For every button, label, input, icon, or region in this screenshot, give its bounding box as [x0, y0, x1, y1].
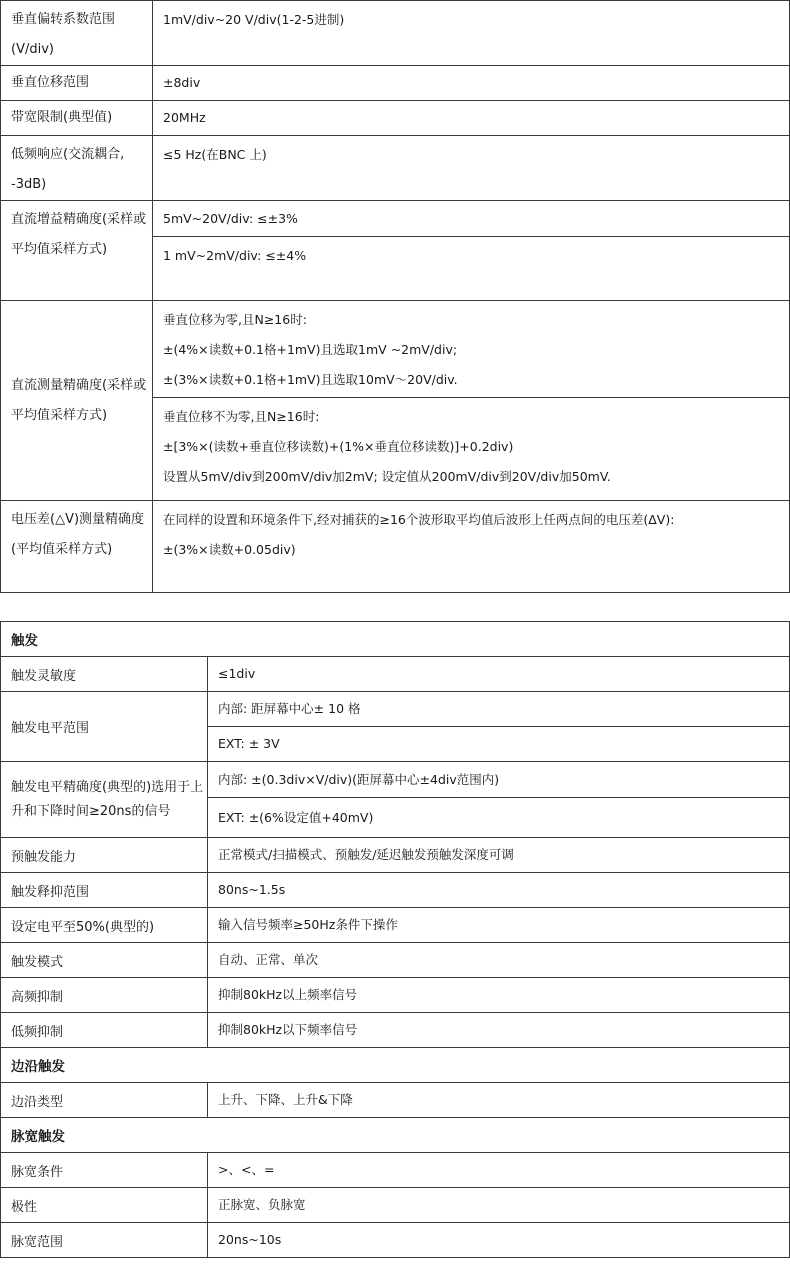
spec-value: 正常模式/扫描模式、预触发/延迟触发预触发深度可调 [208, 838, 790, 873]
spec-value: 自动、正常、单次 [208, 943, 790, 978]
spec-label: 触发电平范围 [1, 692, 208, 762]
spec-label: 脉宽条件 [1, 1153, 208, 1188]
spec-label: 直流测量精确度(采样或平均值采样方式) [1, 301, 153, 501]
spec-label: 设定电平至50%(典型的) [1, 908, 208, 943]
spec-label: 脉宽范围 [1, 1223, 208, 1258]
spec-line: 在同样的设置和环境条件下,经对捕获的≥16个波形取平均值后波形上任两点间的电压差… [163, 505, 789, 535]
table-row: 直流测量精确度(采样或平均值采样方式) 垂直位移为零,且N≥16时: ±(4%×… [1, 301, 790, 398]
table-row: 触发电平精确度(典型的)选用于上升和下降时间≥20ns的信号 内部: ±(0.3… [1, 762, 790, 798]
vertical-spec-table: 垂直偏转系数范围(V/div) 1mV/div~20 V/div(1-2-5进制… [0, 0, 790, 593]
spec-value-block: 垂直位移不为零,且N≥16时: ±[3%×(读数+垂直位移读数)+(1%×垂直位… [153, 398, 790, 501]
spec-value: 1 mV~2mV/div: ≤±4% [153, 237, 790, 301]
spec-line: 垂直位移不为零,且N≥16时: [163, 402, 789, 432]
section-header-row: 边沿触发 [1, 1048, 790, 1083]
spec-value: >、<、= [208, 1153, 790, 1188]
spec-value: 1mV/div~20 V/div(1-2-5进制) [153, 1, 790, 66]
spec-label: 高频抑制 [1, 978, 208, 1013]
spec-value: 上升、下降、上升&下降 [208, 1083, 790, 1118]
table-row: 触发电平范围 内部: 距屏幕中心± 10 格 [1, 692, 790, 727]
table-row: 高频抑制 抑制80kHz以上频率信号 [1, 978, 790, 1013]
spec-value: EXT: ±(6%设定值+40mV) [208, 798, 790, 838]
spec-line: 垂直位移为零,且N≥16时: [163, 305, 789, 335]
table-row: 边沿类型 上升、下降、上升&下降 [1, 1083, 790, 1118]
spec-value: ≤1div [208, 657, 790, 692]
spec-label: 触发模式 [1, 943, 208, 978]
spec-value: EXT: ± 3V [208, 727, 790, 762]
spec-value-block: 在同样的设置和环境条件下,经对捕获的≥16个波形取平均值后波形上任两点间的电压差… [153, 501, 790, 593]
spec-value: 80ns~1.5s [208, 873, 790, 908]
table-row: 极性 正脉宽、负脉宽 [1, 1188, 790, 1223]
table-row: 预触发能力 正常模式/扫描模式、预触发/延迟触发预触发深度可调 [1, 838, 790, 873]
section-title-edge-trigger: 边沿触发 [1, 1048, 790, 1083]
section-title-trigger: 触发 [1, 622, 790, 657]
spec-value: 20ns~10s [208, 1223, 790, 1258]
spec-value: 抑制80kHz以下频率信号 [208, 1013, 790, 1048]
section-title-pulse-trigger: 脉宽触发 [1, 1118, 790, 1153]
table-row: 脉宽条件 >、<、= [1, 1153, 790, 1188]
spec-value: ±8div [153, 66, 790, 101]
spec-label: 垂直偏转系数范围(V/div) [1, 1, 153, 66]
trigger-spec-table: 触发 触发灵敏度 ≤1div 触发电平范围 内部: 距屏幕中心± 10 格 EX… [0, 621, 790, 1258]
spec-label: 预触发能力 [1, 838, 208, 873]
spec-label: 直流增益精确度(采样或平均值采样方式) [1, 201, 153, 301]
spec-value: 正脉宽、负脉宽 [208, 1188, 790, 1223]
table-row: 低频响应(交流耦合, -3dB) ≤5 Hz(在BNC 上) [1, 136, 790, 201]
spec-label: 极性 [1, 1188, 208, 1223]
spec-label: 低频抑制 [1, 1013, 208, 1048]
spec-value: 内部: 距屏幕中心± 10 格 [208, 692, 790, 727]
spec-label: 带宽限制(典型值) [1, 101, 153, 136]
spec-label: 电压差(△V)测量精确度(平均值采样方式) [1, 501, 153, 593]
table-row: 脉宽范围 20ns~10s [1, 1223, 790, 1258]
section-header-row: 脉宽触发 [1, 1118, 790, 1153]
spec-value: 5mV~20V/div: ≤±3% [153, 201, 790, 237]
table-row: 设定电平至50%(典型的) 输入信号频率≥50Hz条件下操作 [1, 908, 790, 943]
table-row: 低频抑制 抑制80kHz以下频率信号 [1, 1013, 790, 1048]
table-row: 直流增益精确度(采样或平均值采样方式) 5mV~20V/div: ≤±3% [1, 201, 790, 237]
spec-label: 触发电平精确度(典型的)选用于上升和下降时间≥20ns的信号 [1, 762, 208, 838]
table-row: 电压差(△V)测量精确度(平均值采样方式) 在同样的设置和环境条件下,经对捕获的… [1, 501, 790, 593]
spec-line: ±[3%×(读数+垂直位移读数)+(1%×垂直位移读数)]+0.2div) [163, 432, 789, 462]
spec-line: ±(4%×读数+0.1格+1mV)且选取1mV ~2mV/div; [163, 335, 789, 365]
spec-value-block: 垂直位移为零,且N≥16时: ±(4%×读数+0.1格+1mV)且选取1mV ~… [153, 301, 790, 398]
spec-label: 触发释抑范围 [1, 873, 208, 908]
spec-value: 输入信号频率≥50Hz条件下操作 [208, 908, 790, 943]
spec-line: ±(3%×读数+0.1格+1mV)且选取10mV～20V/div. [163, 365, 789, 395]
spec-line: ±(3%×读数+0.05div) [163, 535, 789, 565]
spec-value: 抑制80kHz以上频率信号 [208, 978, 790, 1013]
section-header-row: 触发 [1, 622, 790, 657]
table-row: 带宽限制(典型值) 20MHz [1, 101, 790, 136]
spec-label: 低频响应(交流耦合, -3dB) [1, 136, 153, 201]
spec-value: ≤5 Hz(在BNC 上) [153, 136, 790, 201]
spec-label: 边沿类型 [1, 1083, 208, 1118]
spec-line: 设置从5mV/div到200mV/div加2mV; 设定值从200mV/div到… [163, 462, 789, 492]
spec-label: 触发灵敏度 [1, 657, 208, 692]
spec-label: 垂直位移范围 [1, 66, 153, 101]
spec-value: 20MHz [153, 101, 790, 136]
table-row: 垂直位移范围 ±8div [1, 66, 790, 101]
table-row: 垂直偏转系数范围(V/div) 1mV/div~20 V/div(1-2-5进制… [1, 1, 790, 66]
table-row: 触发灵敏度 ≤1div [1, 657, 790, 692]
spec-value: 内部: ±(0.3div×V/div)(距屏幕中心±4div范围内) [208, 762, 790, 798]
table-row: 触发模式 自动、正常、单次 [1, 943, 790, 978]
table-row: 触发释抑范围 80ns~1.5s [1, 873, 790, 908]
